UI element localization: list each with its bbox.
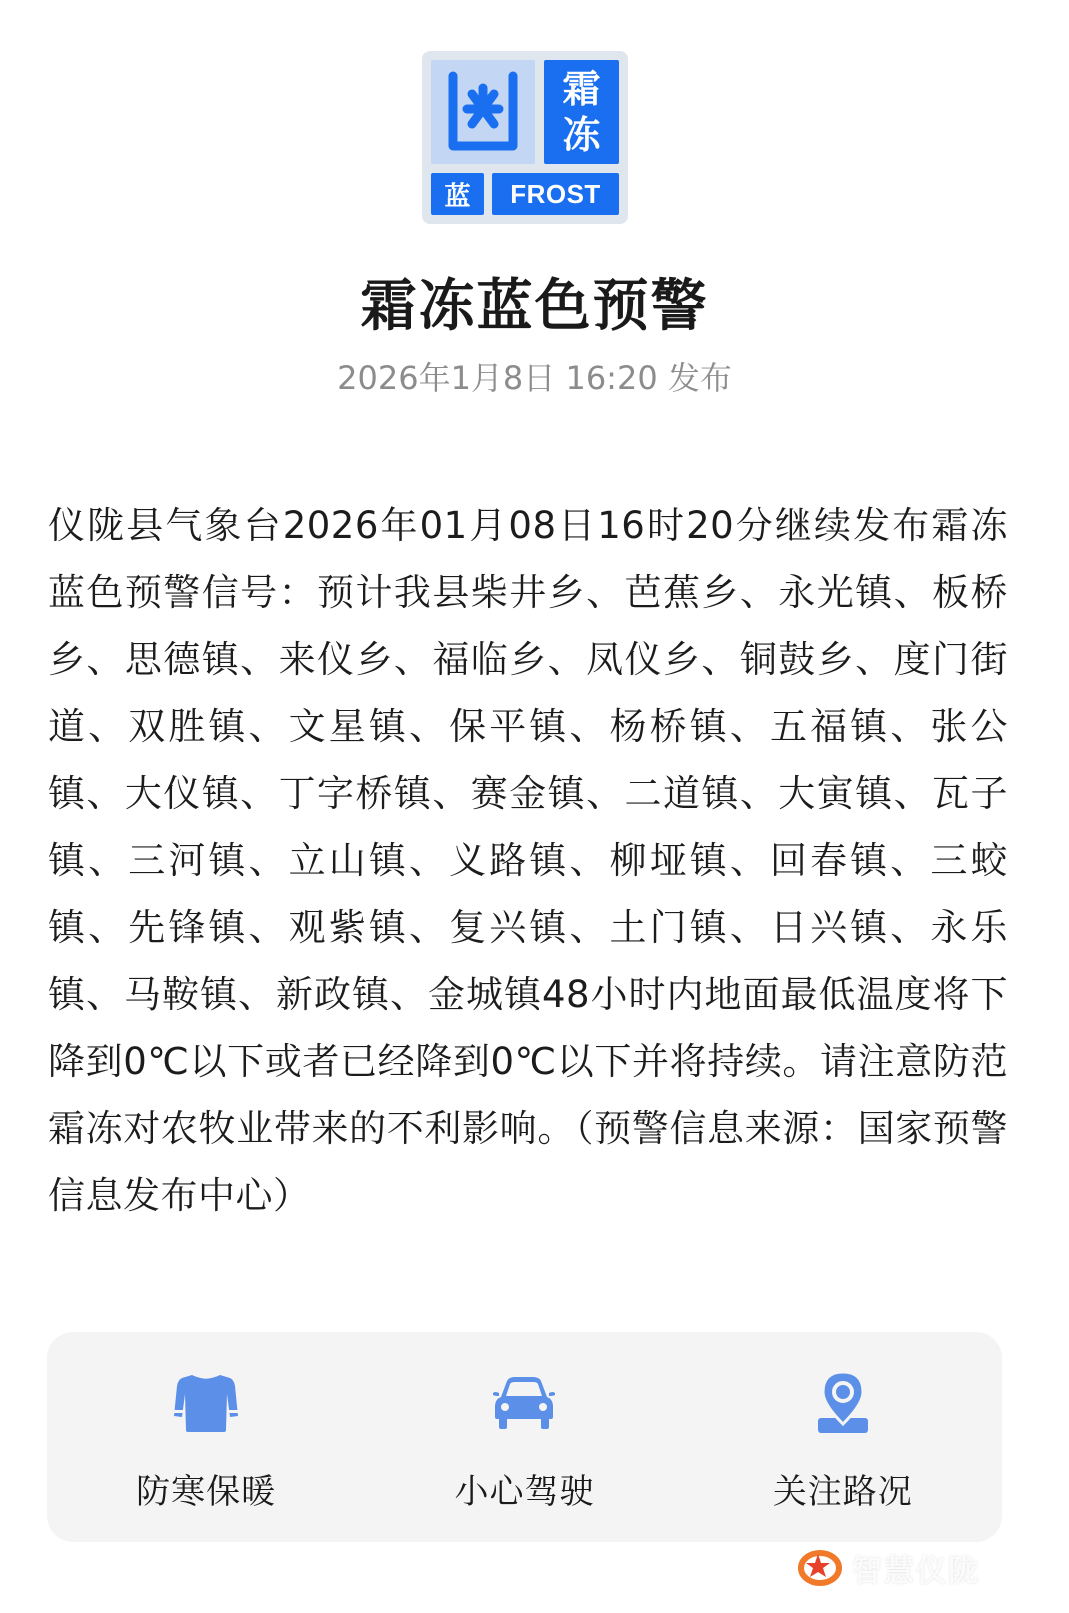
tip-label: 关注路况 [773,1464,913,1513]
frost-symbol-icon [431,60,535,164]
publish-time: 2026年1月8日 16:20 发布 [0,353,1069,399]
car-icon [488,1370,560,1436]
badge-level: 蓝 [431,173,484,215]
warning-body-text: 仪陇县气象台2026年01月08日16时20分继续发布霜冻蓝色预警信号：预计我县… [48,492,1008,1229]
badge-name-line2: 冻 [562,112,600,158]
sweater-icon [170,1370,242,1436]
tip-label: 小心驾驶 [454,1464,594,1513]
frost-warning-badge: 霜 冻 蓝 FROST [422,51,628,224]
tip-road-conditions[interactable]: 关注路况 [684,1332,1002,1542]
safety-tips-card: 防寒保暖 小心驾驶 关注路况 [47,1332,1002,1542]
watermark: 智慧仪陇 [798,1548,1028,1588]
watermark-text: 智慧仪陇 [852,1546,980,1590]
page-title: 霜冻蓝色预警 [0,262,1069,342]
badge-name: 霜 冻 [544,60,619,164]
tip-keep-warm[interactable]: 防寒保暖 [47,1332,365,1542]
watermark-logo-icon [798,1546,846,1590]
location-pin-icon [807,1370,879,1436]
tip-drive-carefully[interactable]: 小心驾驶 [365,1332,683,1542]
badge-english-name: FROST [492,173,619,215]
tip-label: 防寒保暖 [136,1464,276,1513]
badge-name-line1: 霜 [562,66,600,112]
